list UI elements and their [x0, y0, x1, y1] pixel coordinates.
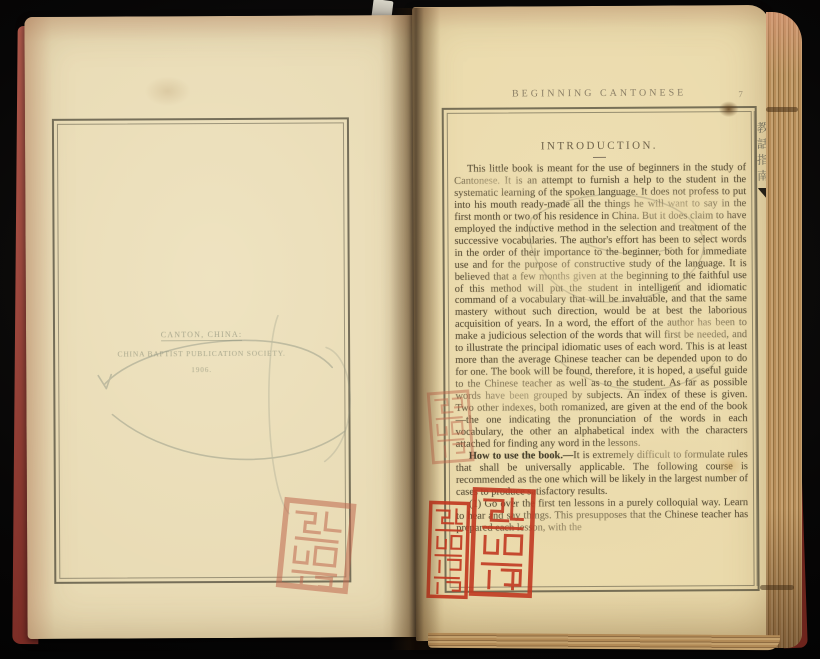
showthrough-imprint: CANTON, CHINA: CHINA BAPTIST PUBLICATION… — [58, 323, 345, 375]
imprint-publisher-line: CHINA BAPTIST PUBLICATION SOCIETY. — [58, 348, 345, 359]
left-page: CANTON, CHINA: CHINA BAPTIST PUBLICATION… — [24, 15, 417, 639]
fore-edge-smudge — [766, 107, 798, 112]
paragraph-step-one: (1) Go over the first ten lessons in a p… — [456, 497, 748, 535]
page-number: 7 — [731, 89, 751, 99]
body-text: This little book is meant for the use of… — [454, 162, 748, 534]
paragraph-introduction: This little book is meant for the use of… — [454, 162, 748, 451]
bottom-page-stack-edge — [428, 633, 780, 650]
paper-stain — [145, 76, 191, 106]
open-book-scan: CANTON, CHINA: CHINA BAPTIST PUBLICATION… — [0, 0, 820, 659]
section-heading: INTRODUCTION. — [447, 139, 752, 153]
fore-edge-smudge — [760, 585, 794, 590]
paragraph-how-to-use: How to use the book.—It is extremely dif… — [456, 449, 748, 499]
paragraph-lead-in: How to use the book.— — [469, 450, 574, 462]
running-head: BEGINNING CANTONESE — [447, 87, 752, 100]
imprint-place-line: CANTON, CHINA: — [161, 330, 243, 341]
imprint-year-line: 1906. — [58, 365, 345, 375]
right-page: BEGINNING CANTONESE 7 INTRODUCTION. This… — [412, 5, 774, 641]
heading-rule — [593, 157, 606, 158]
